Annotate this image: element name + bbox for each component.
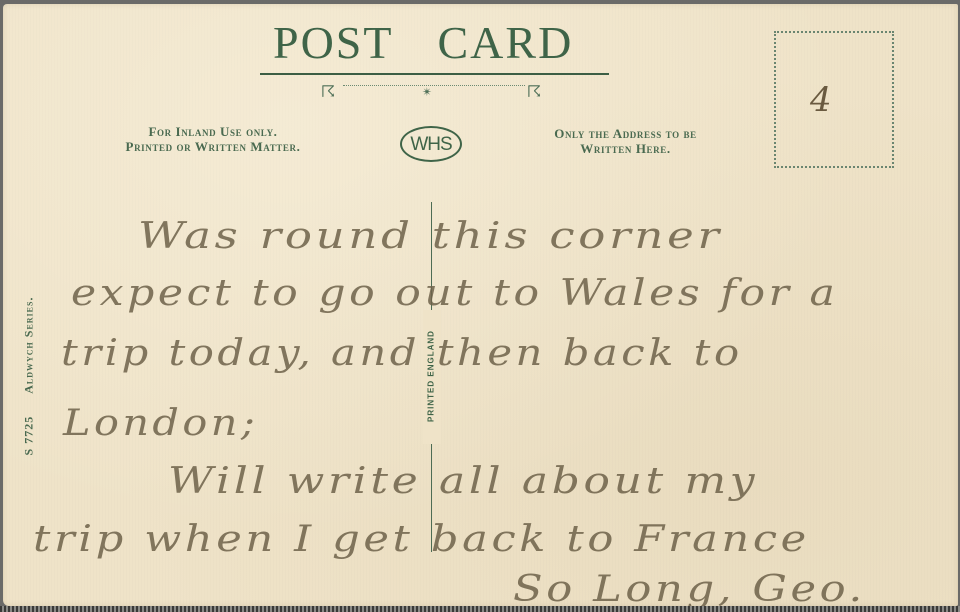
ornament-dotted-rule (343, 85, 525, 86)
postcard-back: POSTCARD ☈ ✴ ☈ For Inland Use only. Prin… (3, 4, 958, 606)
title-word-post: POST (273, 17, 393, 68)
title-word-card: CARD (437, 17, 573, 68)
stamp-box-handwritten-mark: 4 (810, 83, 832, 117)
handwritten-line-1: Was round this corner (138, 219, 723, 255)
series-code: S 7725 (22, 416, 36, 456)
flourish-ornament-icon: ✴ (422, 86, 431, 98)
left-scroll-ornament-icon: ☈ (321, 84, 335, 100)
stamp-box: 4 (774, 31, 894, 168)
handwritten-line-2: expect to go out to Wales for a (71, 276, 838, 312)
address-notice-line2: Written Here. (513, 141, 738, 156)
series-name: Aldwych Series. (22, 297, 36, 394)
handwritten-line-3: trip today, and then back to (61, 336, 743, 372)
handwritten-signature: So Long, Geo. (513, 572, 866, 608)
title-underline (260, 73, 609, 75)
series-label: S 7725Aldwych Series. (22, 297, 37, 456)
right-scroll-ornament-icon: ☈ (527, 84, 541, 100)
inland-use-line2: Printed or Written Matter. (88, 139, 338, 154)
scanner-edge-strip (0, 606, 960, 612)
handwritten-line-6: trip when I get back to France (33, 522, 810, 558)
handwritten-line-4: London; (63, 406, 258, 442)
postcard-title: POSTCARD (273, 20, 573, 66)
address-notice-line1: Only the Address to be (513, 126, 738, 141)
handwritten-line-5: Will write all about my (168, 464, 758, 500)
whs-logo-text: WHS (410, 135, 451, 154)
address-only-notice: Only the Address to be Written Here. (513, 126, 738, 156)
inland-use-notice: For Inland Use only. Printed or Written … (88, 124, 338, 154)
inland-use-line1: For Inland Use only. (88, 124, 338, 139)
whs-logo-icon: WHS (400, 126, 462, 162)
